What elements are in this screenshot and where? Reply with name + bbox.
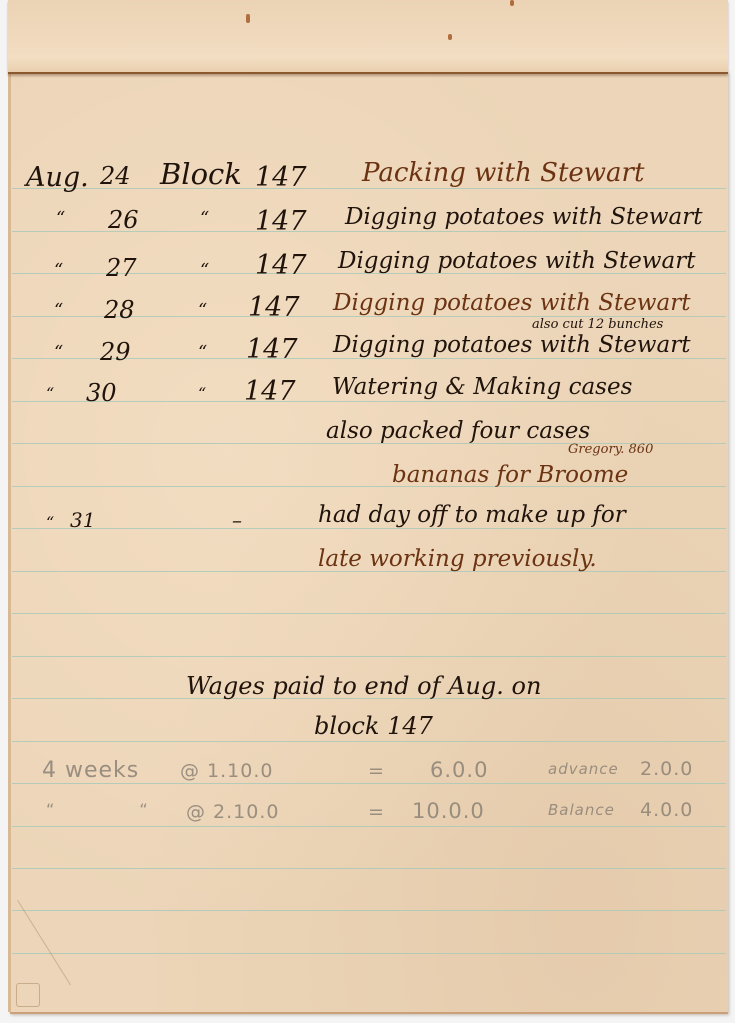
entry-activity: Packing with Stewart xyxy=(362,160,644,186)
entry-block-label: – xyxy=(232,510,242,530)
binding-flap xyxy=(8,0,728,74)
entry-month: “ xyxy=(46,386,54,402)
entry-block-label: “ xyxy=(200,262,209,280)
entry-activity: Digging potatoes with Stewart xyxy=(338,250,695,273)
ruled-line xyxy=(12,656,726,657)
calc-rate: @ 2.10.0 xyxy=(186,803,279,822)
entry-activity: Digging potatoes with Stewart xyxy=(333,292,690,315)
entry-day: 28 xyxy=(104,298,135,322)
entry-annotation: Gregory. 860 xyxy=(568,443,653,456)
entry-block-label: “ xyxy=(200,210,209,228)
calc-qty: 4 weeks xyxy=(42,760,139,782)
calc-label: Balance xyxy=(548,803,615,818)
entry-day: 26 xyxy=(108,208,139,232)
entry-month: “ xyxy=(54,344,63,362)
entry-block: 147 xyxy=(255,164,307,191)
entry-month: “ xyxy=(54,262,63,280)
wages-line-2: block 147 xyxy=(314,714,433,738)
entry-block-label: Block xyxy=(160,160,242,189)
entry-activity: had day off to make up for xyxy=(318,504,626,527)
entry-continuation: also packed four cases xyxy=(326,420,590,443)
entry-block: 147 xyxy=(255,252,307,279)
calc-label: advance xyxy=(548,762,619,777)
embossed-mark xyxy=(16,983,40,1007)
entry-block-label: “ xyxy=(198,302,207,320)
ink-stain xyxy=(510,0,514,6)
ruled-line xyxy=(12,953,726,954)
entry-annotation: also cut 12 bunches xyxy=(532,318,663,331)
entry-activity: Digging potatoes with Stewart xyxy=(333,334,690,357)
entry-activity: Watering & Making cases xyxy=(332,376,632,399)
entry-month: “ xyxy=(46,515,54,531)
entry-block: 147 xyxy=(246,336,298,363)
ruled-line xyxy=(12,783,726,784)
entry-block: 147 xyxy=(248,294,300,321)
calc-amount: 2.0.0 xyxy=(640,760,693,779)
ruled-line xyxy=(12,910,726,911)
ink-stain xyxy=(448,34,452,40)
entry-month: Aug. xyxy=(26,164,89,191)
entry-day: 29 xyxy=(100,340,131,364)
calc-qty: “ “ xyxy=(46,802,188,818)
entry-block: 147 xyxy=(255,208,307,235)
calc-total: 10.0.0 xyxy=(412,801,485,822)
entry-block-label: “ xyxy=(198,386,206,402)
entry-block-label: “ xyxy=(198,344,207,362)
entry-continuation: late working previously. xyxy=(318,548,597,571)
page-edge xyxy=(8,72,11,1012)
ruled-line xyxy=(12,528,726,529)
entry-day: 30 xyxy=(86,381,117,405)
entry-month: “ xyxy=(54,302,63,320)
ink-stain xyxy=(246,14,250,23)
entry-activity: Digging potatoes with Stewart xyxy=(345,206,702,229)
calc-amount: 4.0.0 xyxy=(640,801,693,820)
ruled-line xyxy=(12,868,726,869)
calc-eq: = xyxy=(368,803,385,822)
ruled-line xyxy=(12,826,726,827)
entry-block: 147 xyxy=(244,378,296,405)
wages-line-1: Wages paid to end of Aug. on xyxy=(186,674,541,698)
calc-total: 6.0.0 xyxy=(430,760,488,781)
ruled-line xyxy=(12,741,726,742)
entry-day: 27 xyxy=(106,256,137,280)
calc-rate: @ 1.10.0 xyxy=(180,762,273,781)
entry-month: “ xyxy=(56,210,65,228)
calc-eq: = xyxy=(368,762,385,781)
ruled-line xyxy=(12,401,726,402)
entry-day: 31 xyxy=(70,510,95,530)
entry-continuation: bananas for Broome xyxy=(392,464,628,487)
entry-day: 24 xyxy=(100,164,131,188)
ruled-line xyxy=(12,613,726,614)
